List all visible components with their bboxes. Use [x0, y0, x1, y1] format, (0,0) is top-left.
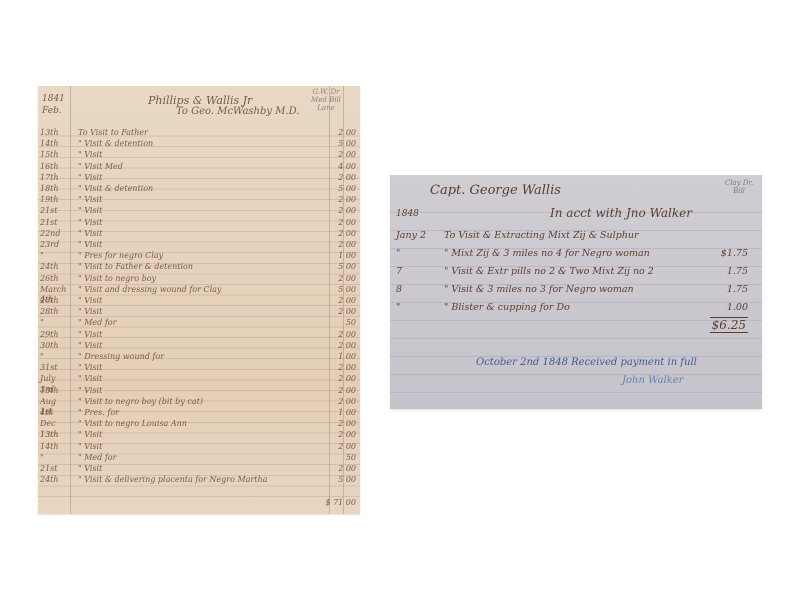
entry-description: " Visit	[78, 330, 102, 341]
entry-date: 21st	[40, 464, 70, 475]
entry-amount: 2 00	[330, 173, 356, 184]
entry-date: 21st	[40, 206, 70, 217]
entry-date: "	[396, 299, 432, 317]
entry-date: 21st	[40, 218, 70, 229]
entry-amount: 2 00	[330, 150, 356, 161]
entry-amount: 2 00	[330, 363, 356, 374]
entry-date: 13th	[40, 128, 70, 139]
entry-amount: 1 00	[330, 408, 356, 419]
entry-date: 7	[396, 263, 432, 281]
entry-amount: 5 00	[330, 262, 356, 273]
entry-description: " Visit	[78, 206, 102, 217]
entry-date: 19th	[40, 195, 70, 206]
entry-description: " Visit to Father & detention	[78, 262, 193, 273]
entry-amount: $1.75	[721, 245, 748, 263]
entry-date: 13th	[40, 386, 70, 397]
entry-date: Jany 2	[396, 227, 432, 245]
ledger-row: 26th" Visit to negro boy2 00	[38, 274, 360, 285]
entry-description: " Med for	[78, 318, 116, 329]
entry-description: To Visit & Extracting Mixt Zij & Sulphur	[444, 227, 639, 245]
entry-date: "	[40, 251, 70, 262]
entry-description: " Dressing wound for	[78, 352, 164, 363]
ledger-row: 22nd" Visit2 00	[38, 229, 360, 240]
entry-description: " Visit & delivering placenta for Negro …	[78, 475, 267, 486]
entry-description: " Visit Med	[78, 162, 123, 173]
bill-row: 7" Visit & Extr pills no 2 & Two Mixt Zi…	[390, 263, 762, 281]
entry-amount: 5 00	[330, 184, 356, 195]
entry-date: "	[40, 318, 70, 329]
entry-date: 28th	[40, 307, 70, 318]
ledger-row: 24th" Visit to Father & detention5 00	[38, 262, 360, 273]
entry-date: 22nd	[40, 229, 70, 240]
entry-description: " Pres for negro Clay	[78, 251, 163, 262]
entry-amount: 2 00	[330, 386, 356, 397]
entry-amount: 2 00	[330, 206, 356, 217]
entry-description: " Visit to negro boy	[78, 274, 156, 285]
ledger-row: 15th" Visit2 00	[38, 150, 360, 161]
entry-description: " Visit	[78, 173, 102, 184]
ledger-row: "" Pres for negro Clay1 00	[38, 251, 360, 262]
entry-amount: 2 00	[330, 397, 356, 408]
entry-date: 8	[396, 281, 432, 299]
ledger-row: 18th" Visit & detention5 00	[38, 184, 360, 195]
entry-date: 4th	[40, 408, 70, 419]
entry-description: " Visit	[78, 363, 102, 374]
entry-amount: 2 00	[330, 195, 356, 206]
entry-amount: 1.75	[727, 281, 748, 299]
entry-description: " Visit	[78, 464, 102, 475]
ledger-row: 21st" Visit2 00	[38, 218, 360, 229]
entry-amount: 4 00	[330, 162, 356, 173]
bill-row: "" Blister & cupping for Do1.00	[390, 299, 762, 317]
entry-amount: 2 00	[330, 464, 356, 475]
ledger-row: 19th" Visit2 00	[38, 195, 360, 206]
entry-description: To Visit to Father	[78, 128, 148, 139]
receipt-note: October 2nd 1848 Received payment in ful…	[476, 357, 697, 368]
ledger-row: Aug 1st" Visit to negro boy (bit by cat)…	[38, 397, 360, 408]
ledger-corner-note: G.W. Dr Med Bill Lane	[306, 88, 346, 112]
entry-amount: 1 00	[330, 352, 356, 363]
entry-date: 23rd	[40, 240, 70, 251]
ledger-row: 17th" Visit2 00	[38, 173, 360, 184]
entry-date: 24th	[40, 262, 70, 273]
entry-date: 30th	[40, 341, 70, 352]
entry-date: 18th	[40, 184, 70, 195]
entry-date: 14th	[40, 442, 70, 453]
entry-description: " Blister & cupping for Do	[444, 299, 570, 317]
entry-amount: 2 00	[330, 442, 356, 453]
entry-amount: 2 00	[330, 218, 356, 229]
entry-description: " Visit & 3 miles no 3 for Negro woman	[444, 281, 634, 299]
ledger-header-sub: To Geo. McWashby M.D.	[176, 106, 299, 117]
entry-description: " Visit & detention	[78, 184, 153, 195]
ledger-row: 14th" Visit & detention5 00	[38, 139, 360, 150]
ledger-row: "" Med for50	[38, 453, 360, 464]
entry-amount: 2 00	[330, 229, 356, 240]
entry-date: 16th	[40, 162, 70, 173]
entry-date: 13th	[40, 430, 70, 441]
ledger-row: March 4th" Visit and dressing wound for …	[38, 285, 360, 296]
entry-amount: 1 00	[330, 251, 356, 262]
entry-amount: 1.75	[727, 263, 748, 281]
ledger-row: 30th" Visit2 00	[38, 341, 360, 352]
entry-description: " Visit	[78, 386, 102, 397]
entry-amount: 2 00	[330, 330, 356, 341]
entry-description: " Visit	[78, 341, 102, 352]
ledger-month: Feb.	[42, 106, 62, 116]
bill-row: Jany 2To Visit & Extracting Mixt Zij & S…	[390, 227, 762, 245]
entry-description: " Visit	[78, 442, 102, 453]
entry-amount: 2 00	[330, 307, 356, 318]
entry-description: " Visit	[78, 195, 102, 206]
entry-description: " Visit	[78, 218, 102, 229]
bill-row: 8" Visit & 3 miles no 3 for Negro woman1…	[390, 281, 762, 299]
ledger-row: 14th" Visit2 00	[38, 442, 360, 453]
entry-description: " Visit	[78, 374, 102, 385]
entry-amount: 2 00	[330, 419, 356, 430]
entry-amount: 2 00	[330, 296, 356, 307]
ledger-row: Dec 13th" Visit to negro Louisa Ann2 00	[38, 419, 360, 430]
entry-description: " Visit	[78, 430, 102, 441]
entry-amount: 2 00	[330, 274, 356, 285]
entry-description: " Med for	[78, 453, 116, 464]
ledger-row: 21st" Visit2 00	[38, 464, 360, 475]
entry-amount: 1.00	[727, 299, 748, 317]
entry-description: " Visit	[78, 307, 102, 318]
entry-date: 31st	[40, 363, 70, 374]
entry-amount: 2 00	[330, 128, 356, 139]
entry-date: 29th	[40, 330, 70, 341]
ledger-row: "" Dressing wound for1 00	[38, 352, 360, 363]
bill-recipient: Capt. George Wallis	[430, 183, 561, 198]
entry-amount: 5 00	[330, 285, 356, 296]
entry-amount: 2 00	[330, 374, 356, 385]
ledger-total: $ 71 00	[325, 498, 356, 507]
entry-description: " Visit and dressing wound for Clay	[78, 285, 221, 296]
entry-amount: 50	[330, 318, 356, 329]
bill-account-line: In acct with Jno Walker	[550, 206, 692, 220]
entry-amount: 50	[330, 453, 356, 464]
ledger-row: 13th" Visit2 00	[38, 386, 360, 397]
ledger-row: 23rd" Visit2 00	[38, 240, 360, 251]
ledger-row: 28th" Visit2 00	[38, 307, 360, 318]
entry-date: "	[40, 453, 70, 464]
bill-total: $6.25	[710, 317, 748, 333]
ledger-row: "" Med for50	[38, 318, 360, 329]
entry-date: 26th	[40, 274, 70, 285]
entry-date: 15th	[40, 150, 70, 161]
bill-row: "" Mixt Zij & 3 miles no 4 for Negro wom…	[390, 245, 762, 263]
ledger-row: 21st" Visit2 00	[38, 206, 360, 217]
entry-description: " Visit	[78, 150, 102, 161]
entry-date: "	[40, 352, 70, 363]
entry-amount: 5 00	[330, 139, 356, 150]
entry-date: 17th	[40, 173, 70, 184]
ledger-row: July 3rd" Visit2 00	[38, 374, 360, 385]
signature: John Walker	[622, 375, 683, 386]
ledger-row: 24th" Visit & delivering placenta for Ne…	[38, 475, 360, 486]
entry-description: " Visit	[78, 296, 102, 307]
entry-description: " Pres. for	[78, 408, 119, 419]
entry-description: " Visit	[78, 229, 102, 240]
ledger-document: 1841 Feb. Phillips & Wallis Jr To Geo. M…	[38, 86, 360, 514]
ledger-row: 31st" Visit2 00	[38, 363, 360, 374]
entry-description: " Visit & Extr pills no 2 & Two Mixt Zij…	[444, 263, 654, 281]
ledger-row: 4th" Pres. for1 00	[38, 408, 360, 419]
ledger-row: 29th" Visit2 00	[38, 330, 360, 341]
entry-description: " Visit to negro boy (bit by cat)	[78, 397, 203, 408]
ledger-row: 13th" Visit2 00	[38, 430, 360, 441]
ledger-row: 26th" Visit2 00	[38, 296, 360, 307]
entry-description: " Visit to negro Louisa Ann	[78, 419, 187, 430]
ledger-row: 13thTo Visit to Father2 00	[38, 128, 360, 139]
entry-description: " Mixt Zij & 3 miles no 4 for Negro woma…	[444, 245, 650, 263]
entry-amount: 2 00	[330, 341, 356, 352]
entry-date: 26th	[40, 296, 70, 307]
ledger-year: 1841	[42, 94, 65, 104]
entry-amount: 2 00	[330, 430, 356, 441]
entry-date: 24th	[40, 475, 70, 486]
ledger-row: 16th" Visit Med4 00	[38, 162, 360, 173]
entry-description: " Visit & detention	[78, 139, 153, 150]
bill-year: 1848	[396, 209, 419, 219]
entry-date: 14th	[40, 139, 70, 150]
bill-document: Capt. George Wallis Clay Dr. Bill 1848 I…	[390, 175, 762, 409]
entry-description: " Visit	[78, 240, 102, 251]
entry-date: "	[396, 245, 432, 263]
entry-amount: 2 00	[330, 240, 356, 251]
entry-amount: 5 00	[330, 475, 356, 486]
bill-corner-note: Clay Dr. Bill	[722, 179, 756, 195]
